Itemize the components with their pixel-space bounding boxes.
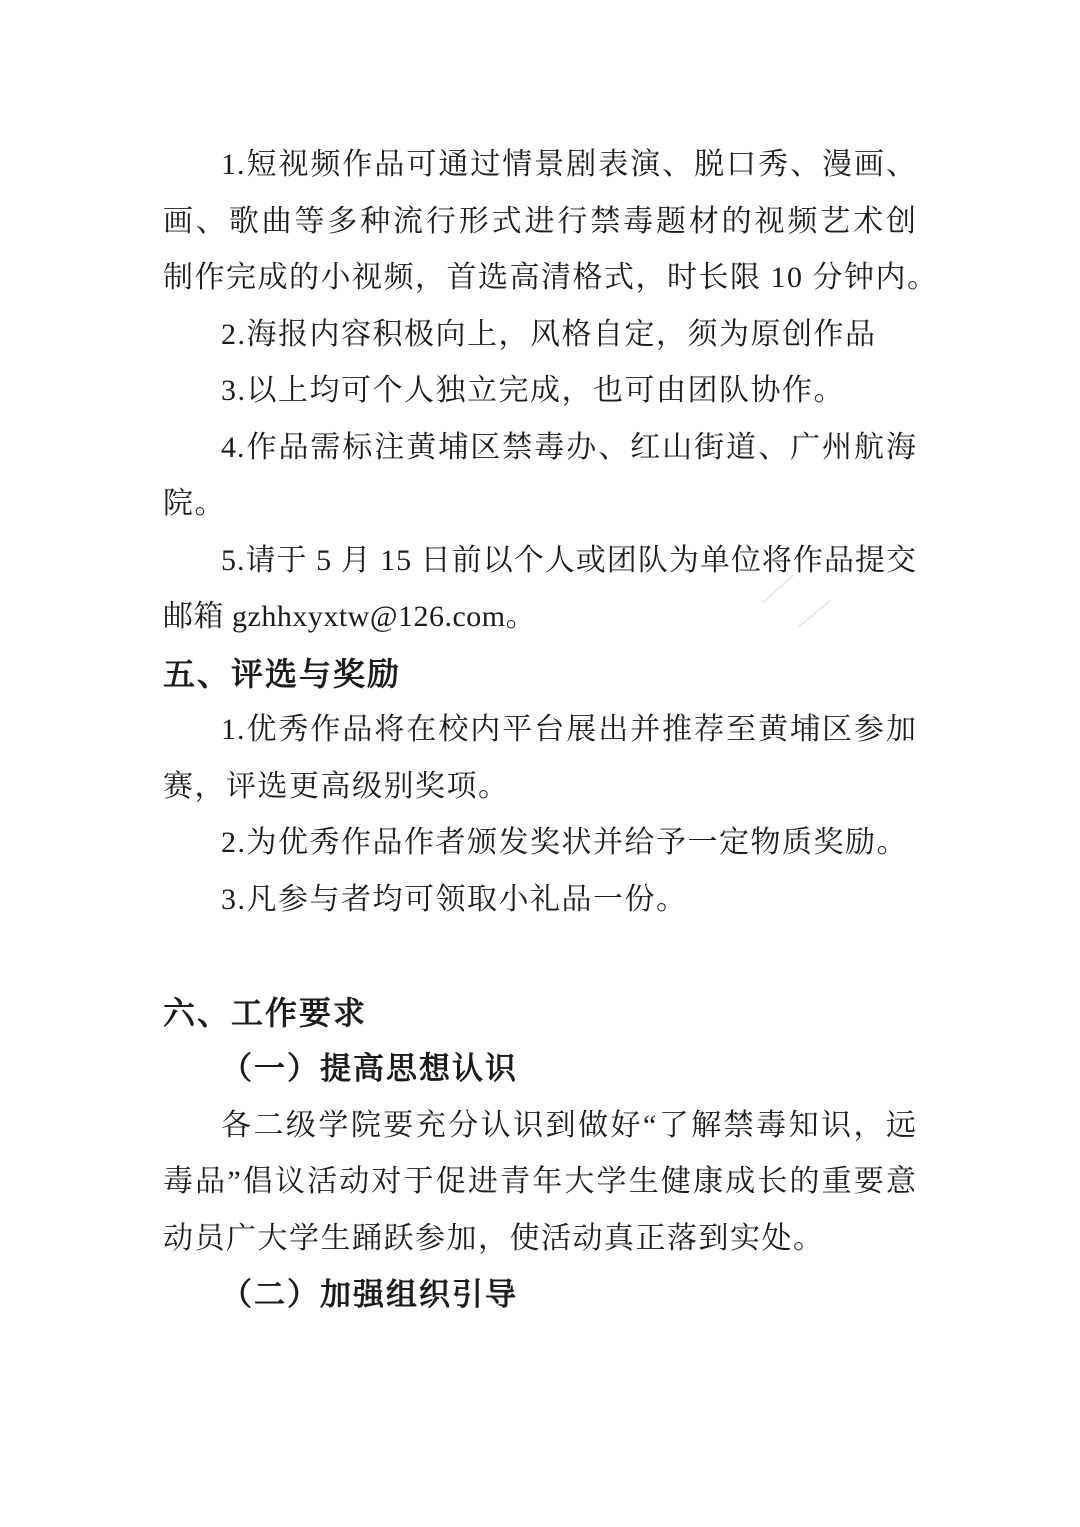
paragraph-line: 动员广大学生踊跃参加，使活动真正落到实处。	[163, 1211, 917, 1268]
paragraph-line: 4.作品需标注黄埔区禁毒办、红山街道、广州航海学	[163, 420, 917, 477]
paragraph-line: 2.为优秀作品作者颁发奖状并给予一定物质奖励。	[163, 815, 917, 872]
section-six-heading: 六、工作要求	[163, 985, 917, 1042]
subsection-one-heading: （一）提高思想认识	[163, 1041, 917, 1098]
paragraph-line: 3.以上均可个人独立完成，也可由团队协作。	[163, 363, 917, 420]
paragraph-line: 各二级学院要充分认识到做好“了解禁毒知识，远离	[163, 1098, 917, 1155]
paragraph-line: 制作完成的小视频，首选高清格式，时长限 10 分钟内。	[163, 250, 917, 307]
section-five-heading: 五、评选与奖励	[163, 646, 917, 703]
blank-line	[163, 928, 917, 985]
document-content: 1.短视频作品可通过情景剧表演、脱口秀、漫画、动 画、歌曲等多种流行形式进行禁毒…	[163, 137, 917, 1324]
paragraph-line: 2.海报内容积极向上，风格自定，须为原创作品	[163, 307, 917, 364]
email-line: 邮箱 gzhhxyxtw@126.com。	[163, 589, 917, 646]
paragraph-line: 3.凡参与者均可领取小礼品一份。	[163, 872, 917, 929]
document-page: 1.短视频作品可通过情景剧表演、脱口秀、漫画、动 画、歌曲等多种流行形式进行禁毒…	[0, 0, 1080, 1527]
paragraph-line: 画、歌曲等多种流行形式进行禁毒题材的视频艺术创作。	[163, 194, 917, 251]
subsection-two-heading: （二）加强组织引导	[163, 1267, 917, 1324]
paragraph-line: 1.短视频作品可通过情景剧表演、脱口秀、漫画、动	[163, 137, 917, 194]
paragraph-line: 毒品”倡议活动对于促进青年大学生健康成长的重要意义，	[163, 1154, 917, 1211]
paragraph-line: 院。	[163, 476, 917, 533]
paragraph-line: 1.优秀作品将在校内平台展出并推荐至黄埔区参加比	[163, 702, 917, 759]
paragraph-line: 赛，评选更高级别奖项。	[163, 759, 917, 816]
paragraph-line: 5.请于 5 月 15 日前以个人或团队为单位将作品提交至	[163, 533, 917, 590]
